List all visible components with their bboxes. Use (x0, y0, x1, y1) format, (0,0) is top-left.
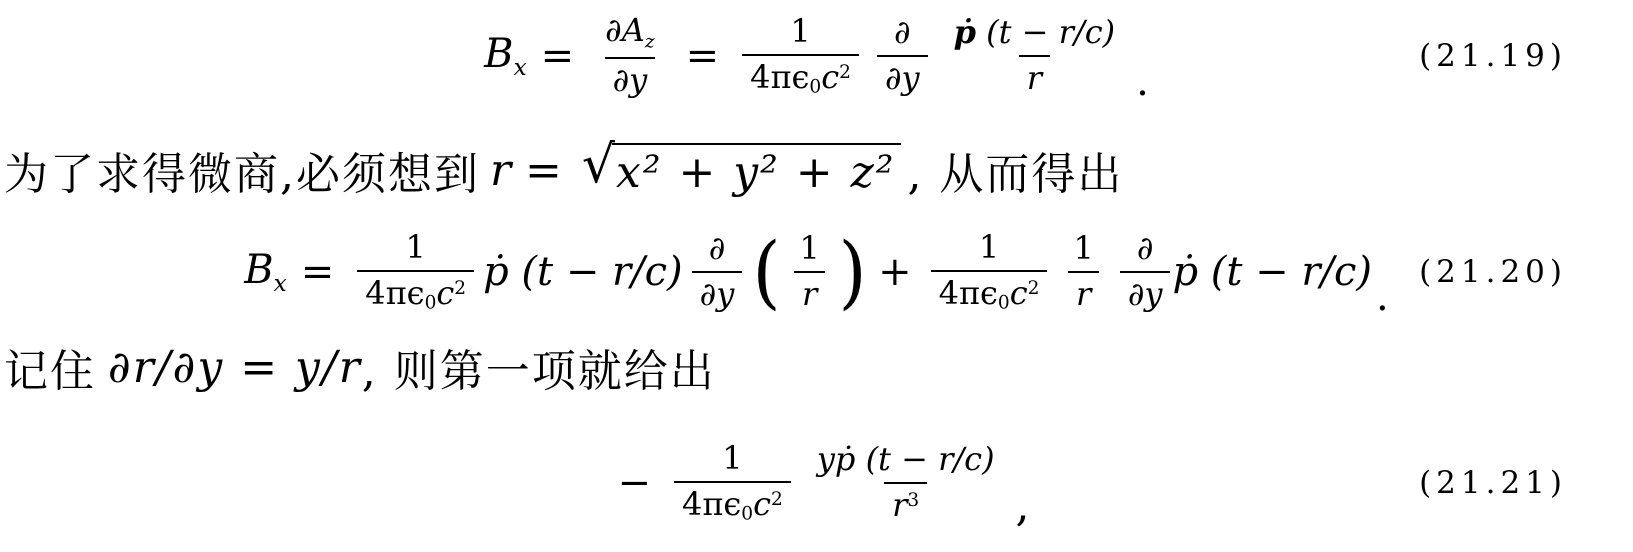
numerator: 1 (714, 441, 750, 481)
text-lead: 为了求得微商,必须想到 (4, 138, 480, 202)
plus-sign: + (878, 249, 912, 295)
book-page: Bx = ∂Az ∂y = 1 4πϵ0c2 ∂ ∂y ṗ (t − r/c) … (0, 0, 1633, 552)
inline-math: ∂r/∂y = y/r (108, 342, 362, 393)
equation-body: Bx = ∂Az ∂y = 1 4πϵ0c2 ∂ ∂y ṗ (t − r/c) … (484, 13, 1149, 99)
numerator: ∂ (1129, 231, 1162, 271)
paragraph-text-1: 为了求得微商,必须想到 r = √ x² + y² + z² , 从而得出 (4, 132, 1123, 208)
equation-body: − 1 4πϵ0c2 yṗ (t − r/c) r3 , (603, 441, 1029, 525)
fraction-ypdot-over-r3: yṗ (t − r/c) r3 (809, 442, 1003, 524)
equation-21-21: − 1 4πϵ0c2 yṗ (t − r/c) r3 , (21.21) (0, 414, 1633, 552)
numerator: ∂Az (597, 13, 662, 57)
equation-21-19: Bx = ∂Az ∂y = 1 4πϵ0c2 ∂ ∂y ṗ (t − r/c) … (0, 0, 1633, 112)
fraction-coulomb-coefficient: 1 4πϵ0c2 (931, 230, 1048, 314)
math-lhs: Bx (244, 247, 286, 297)
denominator: r (794, 271, 825, 313)
denominator: ∂y (877, 55, 928, 97)
denominator: r3 (884, 482, 927, 524)
numerator: 1 (1065, 231, 1101, 271)
equals-sign: = (301, 249, 335, 295)
denominator: ∂y (692, 271, 743, 313)
equation-number: (21.19) (1419, 38, 1567, 74)
fraction-partial-y: ∂ ∂y (692, 231, 743, 313)
denominator: r (1068, 271, 1099, 313)
equation-number: (21.21) (1419, 465, 1567, 501)
equation-body: Bx = 1 4πϵ0c2 ṗ (t − r/c) ∂ ∂y ( 1 r ) +… (244, 230, 1388, 314)
fraction-coulomb-coefficient: 1 4πϵ0c2 (674, 441, 791, 525)
numerator: 1 (398, 230, 434, 270)
minus-sign: − (617, 460, 651, 506)
right-parenthesis: ) (838, 236, 866, 308)
period: . (1136, 59, 1149, 105)
math-lhs: Bx (484, 31, 526, 81)
numerator: ∂ (886, 15, 919, 55)
square-root: √ x² + y² + z² (582, 143, 902, 198)
denominator: ∂y (1120, 271, 1171, 313)
numerator: ∂ (701, 231, 734, 271)
denominator: 4πϵ0c2 (357, 270, 474, 314)
text-tail: , 从而得出 (907, 138, 1123, 202)
equals-sign: = (541, 33, 575, 79)
fraction-coulomb-coefficient: 1 4πϵ0c2 (742, 14, 859, 98)
denominator: r (1019, 55, 1050, 97)
text-lead: 记住 (4, 335, 96, 399)
equation-21-20: Bx = 1 4πϵ0c2 ṗ (t − r/c) ∂ ∂y ( 1 r ) +… (0, 214, 1633, 330)
denominator: 4πϵ0c2 (742, 54, 859, 98)
fraction-one-over-r: 1 r (792, 231, 828, 313)
numerator: ṗ (t − r/c) (946, 15, 1124, 55)
comma: , (1016, 481, 1030, 532)
fraction-pdot-over-r: ṗ (t − r/c) r (946, 15, 1124, 97)
numerator: 1 (782, 14, 818, 54)
left-parenthesis: ( (753, 236, 781, 308)
denominator: ∂y (605, 57, 656, 99)
fraction-partial-y: ∂ ∂y (1120, 231, 1171, 313)
numerator: yṗ (t − r/c) (809, 442, 1003, 482)
fraction-partial-y: ∂ ∂y (877, 15, 928, 97)
fraction-one-over-r: 1 r (1065, 231, 1101, 313)
pdot-term: ṗ (t − r/c) (1172, 249, 1372, 295)
pdot-term: ṗ (t − r/c) (483, 249, 683, 295)
denominator: 4πϵ0c2 (931, 270, 1048, 314)
equals-sign: = (525, 145, 562, 196)
paragraph-text-2: 记住 ∂r/∂y = y/r , 则第一项就给出 (4, 328, 716, 406)
fraction-coulomb-coefficient: 1 4πϵ0c2 (357, 230, 474, 314)
numerator: 1 (971, 230, 1007, 270)
fraction-dAz-dy: ∂Az ∂y (597, 13, 662, 99)
radical-sign: √ (582, 139, 615, 191)
period: . (1376, 274, 1389, 320)
equation-number: (21.20) (1419, 254, 1567, 290)
text-tail: , 则第一项就给出 (362, 335, 716, 399)
math-var-r: r (490, 145, 511, 196)
numerator: 1 (792, 231, 828, 271)
equals-sign: = (686, 33, 720, 79)
denominator: 4πϵ0c2 (674, 481, 791, 525)
radicand: x² + y² + z² (612, 143, 901, 198)
